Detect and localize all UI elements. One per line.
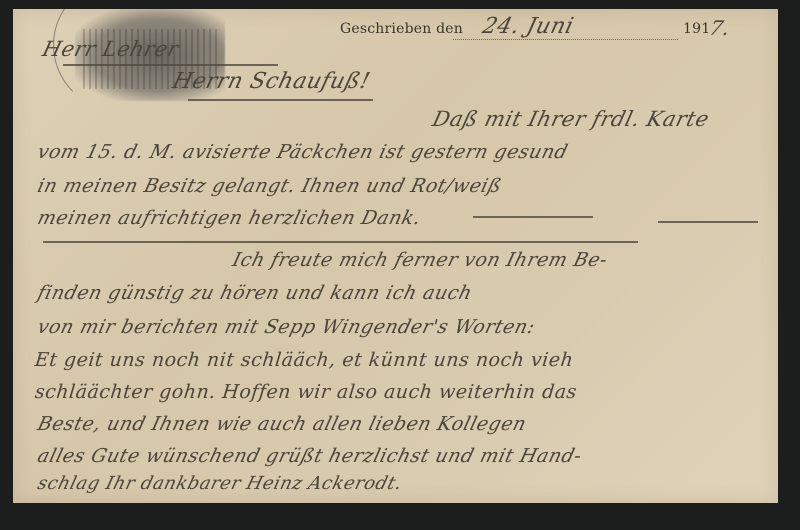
salutation-underline-1 xyxy=(63,64,278,66)
letter-line-4: meinen aufrichtigen herzlichen Dank. xyxy=(35,207,423,229)
printed-year-prefix: 191 xyxy=(683,21,710,37)
postcard: Geschrieben den 24. Juni 191 7. Herr Leh… xyxy=(13,9,778,503)
date-dotted-line xyxy=(453,39,678,40)
handwritten-year-digit: 7. xyxy=(707,16,733,40)
letter-line-9: schläächter gohn. Hoffen wir also auch w… xyxy=(34,381,578,403)
handwritten-date: 24. Juni xyxy=(480,14,576,39)
letter-line-10: Beste, und Ihnen wie auch allen lieben K… xyxy=(35,413,528,435)
letter-line-6: finden günstig zu hören und kann ich auc… xyxy=(35,282,474,304)
letter-closing-signature: schlag Ihr dankbarer Heinz Ackerodt. xyxy=(35,473,404,494)
letter-line-3: in meinen Besitz gelangt. Ihnen und Rot/… xyxy=(35,175,504,197)
letter-line-8-dialect: Et geit uns noch nit schlääch, et künnt … xyxy=(34,349,575,371)
underline-thanks xyxy=(43,241,638,243)
letter-line-2: vom 15. d. M. avisierte Päckchen ist ges… xyxy=(35,141,570,163)
salutation-line-1: Herr Lehrer xyxy=(40,37,181,61)
letter-line-11: alles Gute wünschend grüßt herzlichst un… xyxy=(35,445,584,467)
underline-ihnen-und xyxy=(473,216,593,218)
letter-line-7: von mir berichten mit Sepp Wingender's W… xyxy=(35,316,537,338)
letter-line-1: Daß mit Ihrer frdl. Karte xyxy=(430,107,712,131)
printed-date-label: Geschrieben den xyxy=(340,21,463,37)
salutation-line-2: Herrn Schaufuß! xyxy=(170,69,373,94)
underline-rot-weiss xyxy=(658,221,758,223)
letter-line-5: Ich freute mich ferner von Ihrem Be- xyxy=(230,249,610,271)
salutation-underline-2 xyxy=(188,99,373,101)
